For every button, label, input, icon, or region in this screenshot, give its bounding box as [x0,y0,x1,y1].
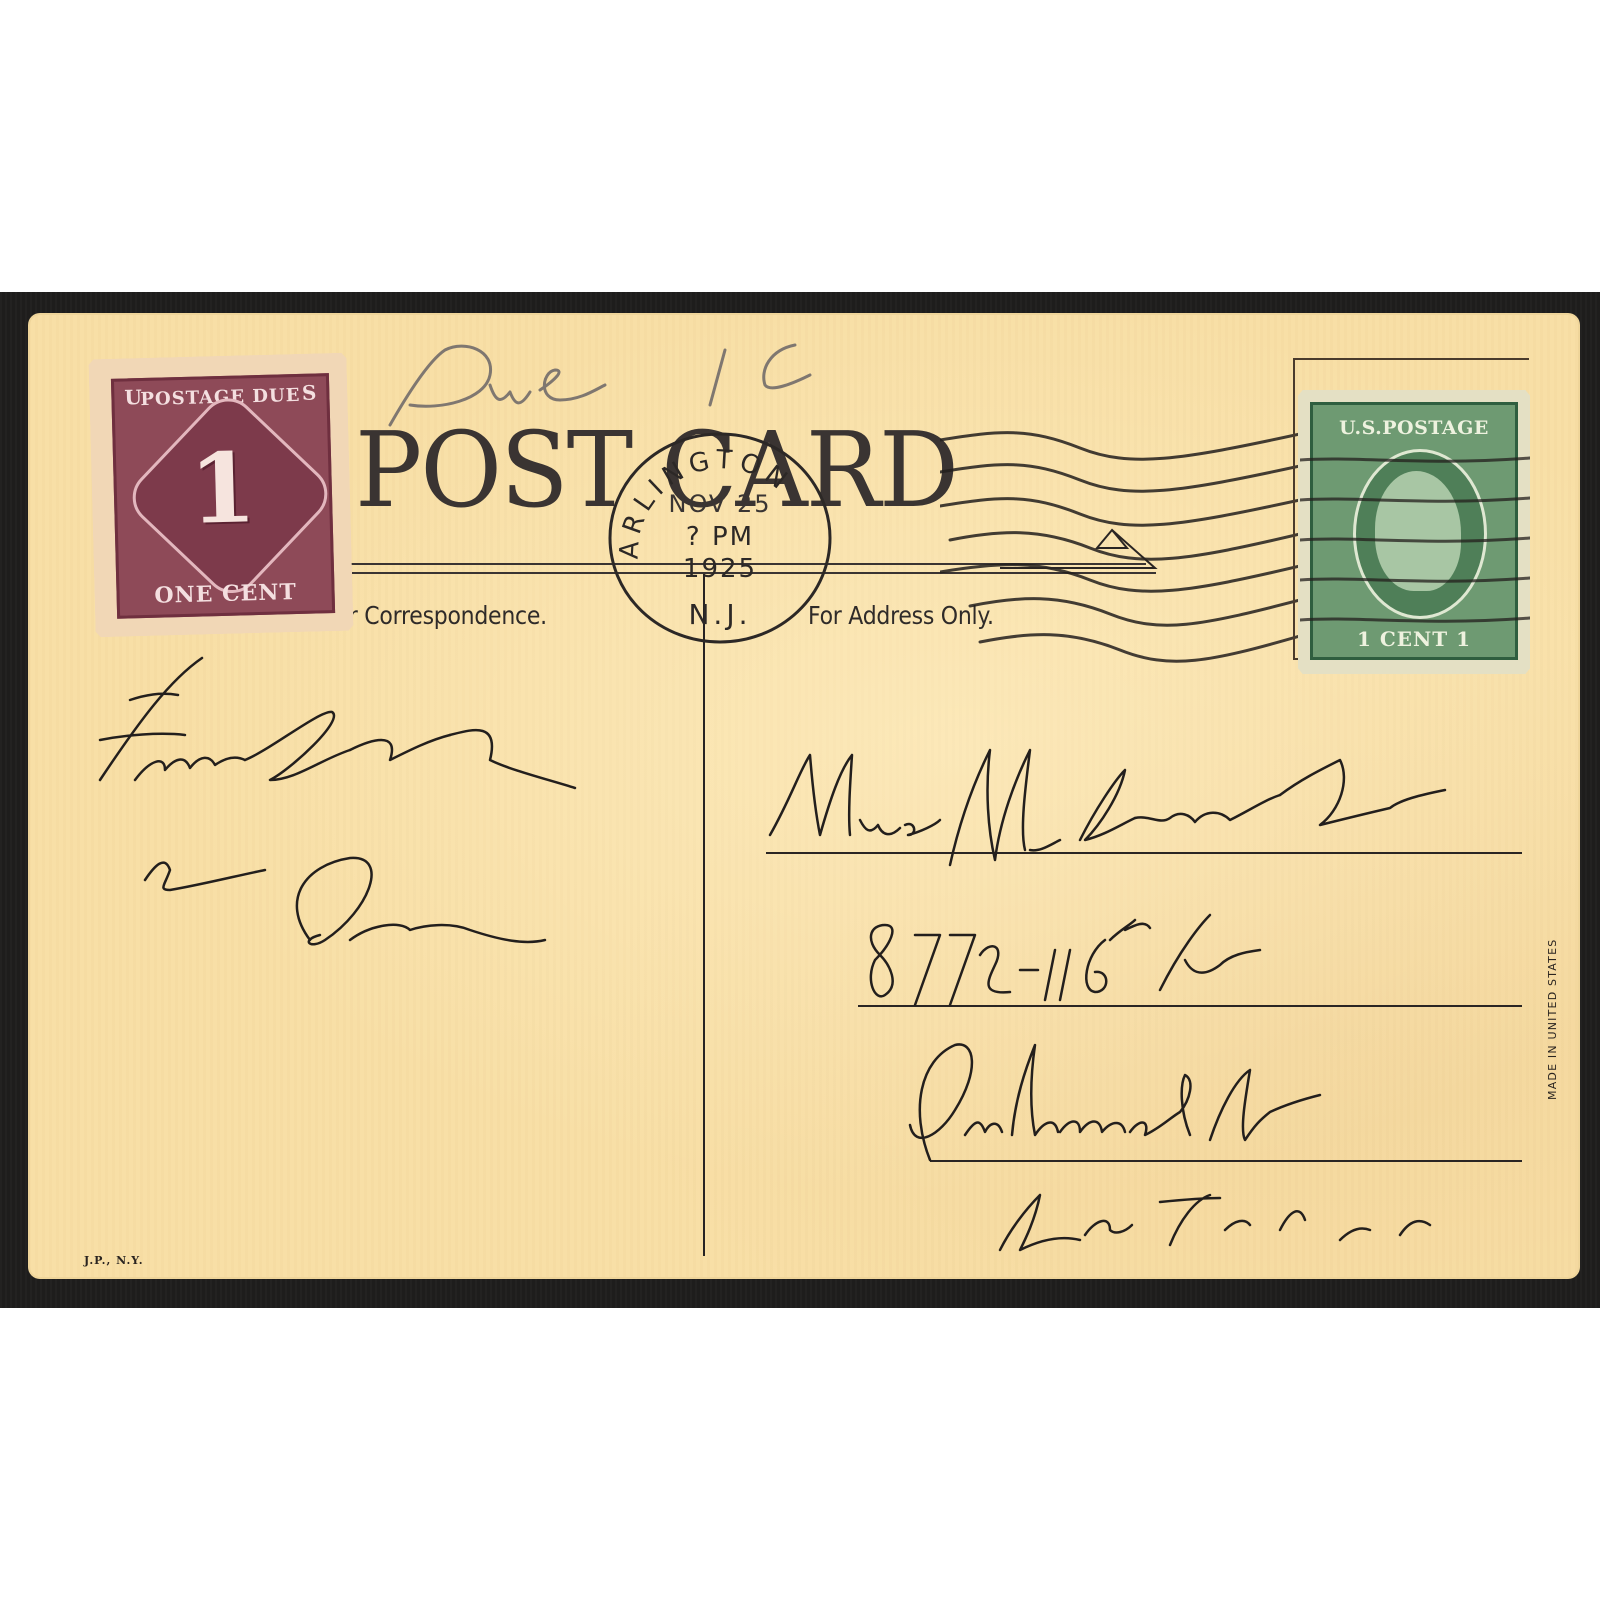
handwritten-message: From Clara [70,650,590,1010]
postmark-time: ? PM [602,522,838,552]
printer-mark: J.P., N.Y. [84,1254,144,1267]
stamp-reg-top-text: U.S.POSTAGE [1313,417,1515,439]
correspondence-label: For Correspondence. [324,601,547,630]
stamp-cancel-lines [1300,440,1530,660]
wavy-cancellation [940,420,1300,670]
postage-due-stamp: U S POSTAGE DUE 1 ONE CENT [88,353,353,638]
postmark-year: 1925 [602,554,838,584]
handwritten-address: Miss M. Schmidt [740,740,1540,1260]
pencil-note-due: Due 1¢ [370,330,830,440]
stamp-due-bottom-text: ONE CENT [119,578,332,610]
postmark-date: NOV 25 [602,490,838,518]
circular-postmark: ARLINGTON NOV 25 ? PM 1925 N.J. [602,428,838,648]
center-divider [703,574,705,1256]
postmark-state: N.J. [602,598,838,631]
stamp-due-numeral: 1 [116,438,330,540]
made-in-label: MADE IN UNITED STATES [1546,939,1559,1100]
